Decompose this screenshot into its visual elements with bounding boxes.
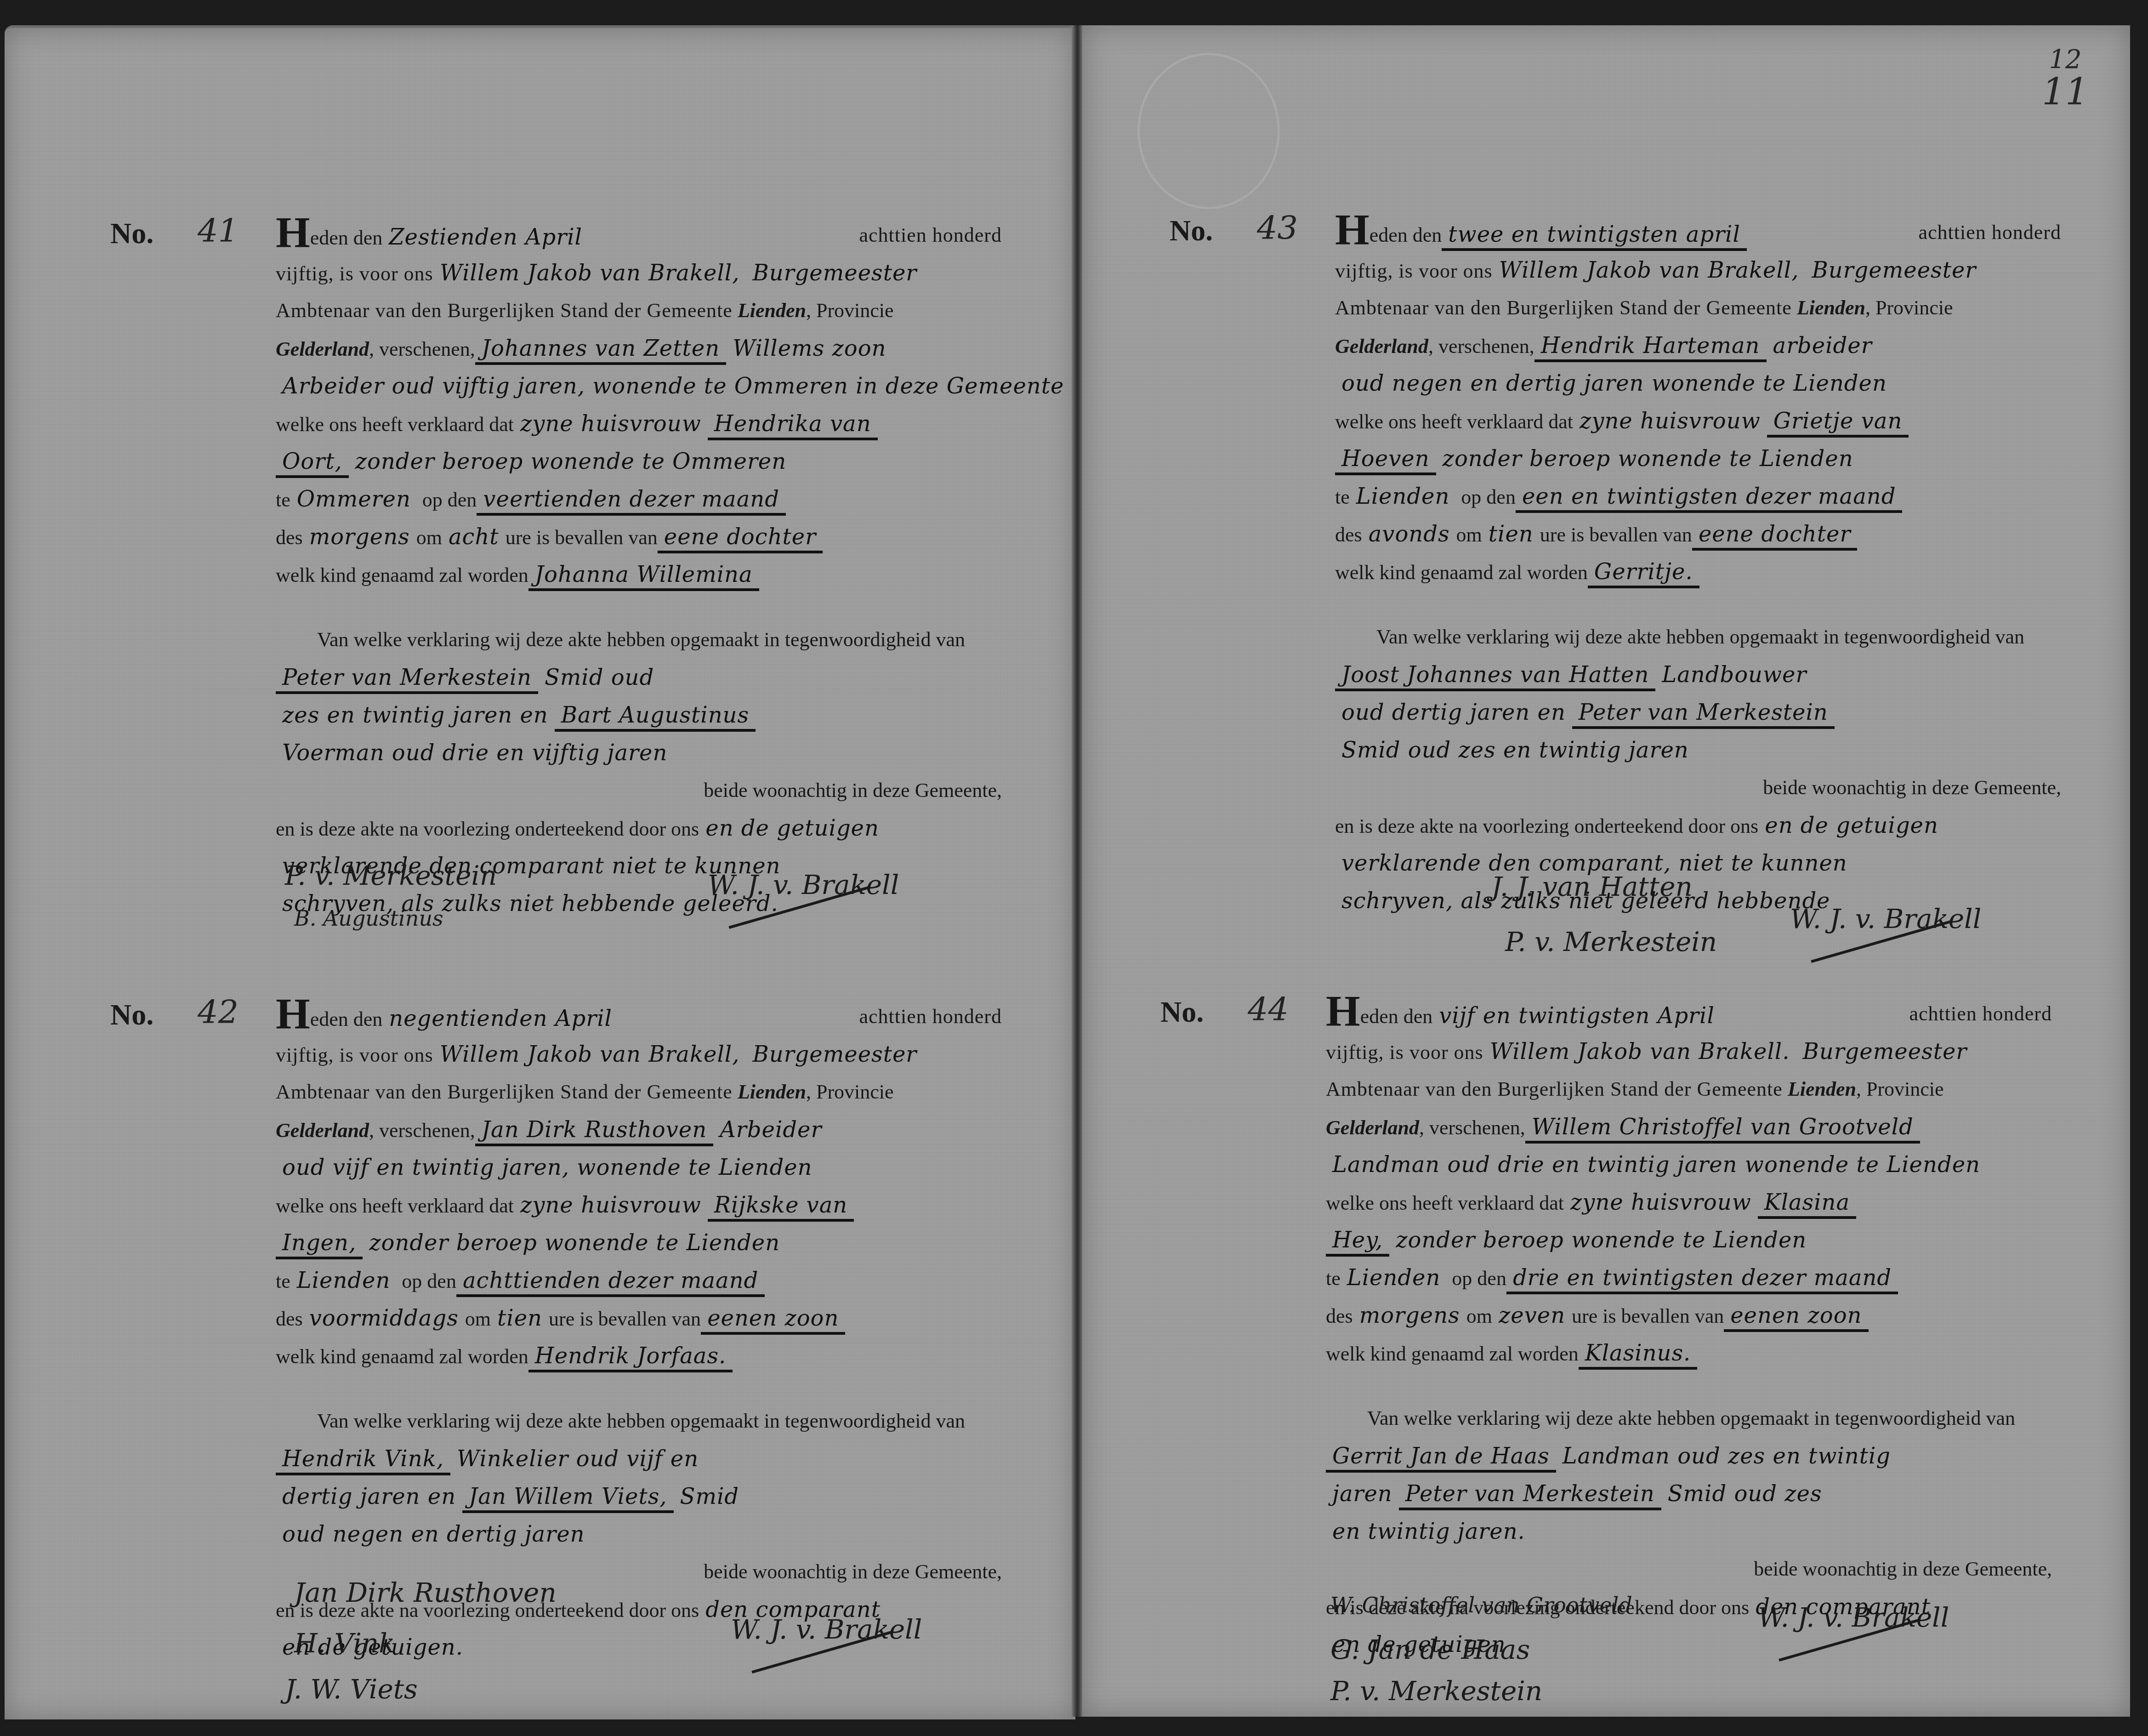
printed-text: ure is bevallen van [1540,524,1692,546]
municipality: Lienden [1788,1078,1856,1100]
handwritten-text: en twintig jaren. [1326,1519,1532,1544]
signature: B. Augustinus [294,906,443,931]
printed-text: Ambtenaar van den Burgerlijken Stand der… [276,1081,733,1103]
printed-text: ure is bevallen van [549,1308,701,1330]
printed-text: op den [1452,1267,1506,1290]
handwritten-mother: Oort, [276,449,349,478]
handwritten-text: Smid oud zes en twintig jaren [1335,737,1695,763]
printed-text: te [1326,1267,1341,1290]
record-text: Heden dentwee en twintigsten aprilachtti… [1335,214,2116,920]
printed-text: , verschenen, [369,1119,475,1142]
printed-text: achttien honderd [1909,995,2052,1033]
handwritten-hour: zeven [1492,1303,1572,1328]
handwritten-text: zyne huisvrouw [514,411,708,437]
printed-text: Van welke verklaring wij deze akte hebbe… [317,1410,965,1432]
printed-text: welk kind genaamd zal worden [276,1345,528,1368]
handwritten-birthdate: een en twintigsten dezer maand [1516,484,1903,513]
province: Gelderland [276,1119,369,1142]
handwritten-declarant: Johannes van Zetten [475,336,726,365]
handwritten-text: arbeider [1767,333,1879,359]
record-text: Heden denZestienden Aprilachttien honder… [276,216,1057,922]
handwritten-text: Smid oud zes [1661,1481,1829,1507]
printed-text: eden den [1369,224,1442,246]
printed-text: , Provincie [806,1081,894,1103]
handwritten-declarant: Willem Christoffel van Grootveld [1525,1114,1920,1144]
printed-text: vijftig, is voor ons [1335,260,1493,282]
record-number-label: No. [1170,214,1213,248]
printed-text: beide woonachtig in deze Gemeente, [1754,1550,2052,1588]
handwritten-birthplace: Ommeren [290,486,417,512]
right-page: 12 11 No. 43 Heden dentwee en twintigste… [1082,25,2130,1717]
printed-text: en is deze akte na voorlezing onderteeke… [1335,815,1758,837]
province: Gelderland [1326,1116,1419,1139]
municipality: Lienden [1797,296,1865,319]
handwritten-birthplace: Lienden [1341,1265,1447,1291]
handwritten-text: zonder beroep wonende te Lienden [363,1230,786,1256]
handwritten-official: Willem Jakob van Brakell, [433,1042,746,1067]
printed-text: achttien honderd [859,216,1002,254]
printed-text: welke ons heeft verklaard dat [276,1195,514,1217]
printed-text: eden den [1360,1005,1433,1028]
register-spread: No. 41 Heden denZestienden Aprilachttien… [5,25,2137,1717]
handwritten-text: zyne huisvrouw [1573,408,1767,434]
printed-text: welke ons heeft verklaard dat [276,413,514,436]
signature-official: W. J. v. Brakell [1790,903,1981,934]
printed-text: beide woonachtig in deze Gemeente, [704,772,1002,809]
handwritten-mother: Hoeven [1335,446,1436,475]
printed-text: des [1335,524,1362,546]
handwritten-text: zonder beroep wonende te Lienden [1389,1227,1813,1253]
handwritten-official: Willem Jakob van Brakell, [433,260,746,286]
handwritten-mother: Klasina [1758,1190,1856,1219]
printed-text: beide woonachtig in deze Gemeente, [704,1553,1002,1591]
handwritten-mother: Rijkske van [708,1192,854,1222]
handwritten-declarant: Jan Dirk Rusthoven [475,1117,713,1146]
printed-text: en is deze akte na voorlezing onderteeke… [276,818,699,840]
handwritten-date: twee en twintigsten april [1442,222,1747,251]
printed-text: achttien honderd [1919,214,2061,251]
record-number: 41 [198,212,239,250]
handwritten-text: en de getuigen [1758,813,1945,838]
birth-record-43: No. 43 Heden dentwee en twintigsten apri… [1170,205,2116,931]
handwritten-text: zes en twintig jaren en [276,702,555,728]
handwritten-text: oud negen en dertig jaren [276,1521,591,1547]
handwritten-witness: Peter van Merkestein [1399,1481,1661,1510]
record-number-label: No. [110,216,153,250]
printed-text: te [1335,486,1350,508]
printed-text: ure is bevallen van [506,526,658,549]
handwritten-witness: Peter van Merkestein [276,665,538,694]
printed-text: Ambtenaar van den Burgerlijken Stand der… [1326,1078,1783,1100]
handwritten-text: en de getuigen [699,815,886,841]
handwritten-text: zonder beroep wonende te Lienden [1436,446,1860,472]
printed-text: eden den [310,227,383,249]
printed-text: achttien honderd [859,998,1002,1036]
printed-text: om [416,526,442,549]
handwritten-witness: Hendrik Vink, [276,1446,450,1475]
printed-text: op den [422,489,477,511]
printed-text: ure is bevallen van [1572,1305,1724,1327]
handwritten-child-name: Johanna Willemina [528,562,759,591]
handwritten-mother: Grietje van [1767,408,1909,438]
drop-cap: H [276,208,310,257]
handwritten-text: Smid oud [538,665,660,690]
handwritten-witness: Peter van Merkestein [1572,700,1835,729]
handwritten-official-title: Burgemeester [1796,1039,1973,1064]
record-number: 43 [1257,209,1298,247]
printed-text: vijftig, is voor ons [276,1044,433,1066]
birth-record-42: No. 42 Heden dennegentienden Aprilachtti… [110,989,1057,1715]
drop-cap: H [276,989,310,1038]
handwritten-date: Zestienden April [382,224,589,250]
handwritten-hour: acht [442,524,506,550]
handwritten-date: vijf en twintigsten April [1432,1003,1721,1029]
printed-text: te [276,489,290,511]
record-number: 44 [1248,990,1289,1028]
municipality: Lienden [738,299,806,322]
printed-text: vijftig, is voor ons [276,262,433,285]
signature: J. W. Viets [285,1673,418,1705]
printed-text: welk kind genaamd zal worden [1335,561,1588,584]
handwritten-official-title: Burgemeester [746,260,923,286]
handwritten-text: Willems zoon [726,336,892,361]
printed-text: , Provincie [806,299,894,322]
printed-text: , Provincie [1856,1078,1944,1100]
printed-text: om [1466,1305,1492,1327]
birth-record-44: No. 44 Heden denvijf en twintigsten Apri… [1160,986,2107,1712]
handwritten-text: oud vijf en twintig jaren, wonende te Li… [276,1155,818,1180]
record-number: 42 [198,993,239,1031]
printed-text: op den [1461,486,1516,508]
printed-text: Van welke verklaring wij deze akte hebbe… [1367,1407,2015,1429]
handwritten-time: avonds [1362,521,1456,547]
record-text: Heden denvijf en twintigsten Aprilachtti… [1326,995,2107,1663]
left-page: No. 41 Heden denZestienden Aprilachttien… [5,25,1075,1719]
folio-number: 12 11 [2042,44,2089,108]
birth-record-41: No. 41 Heden denZestienden Aprilachttien… [110,207,1057,933]
handwritten-birthplace: Lienden [1350,484,1456,509]
handwritten-text: Landbouwer [1655,662,1813,688]
province: Gelderland [276,338,369,360]
handwritten-text: Voerman oud drie en vijftig jaren [276,740,674,766]
printed-text: vijftig, is voor ons [1326,1041,1483,1064]
handwritten-text: Arbeider oud vijftig jaren, wonende te O… [276,373,1070,399]
printed-text: , verschenen, [1419,1116,1525,1139]
folio-number-current: 11 [2042,76,2089,108]
handwritten-text: zyne huisvrouw [514,1192,708,1218]
handwritten-hour: tien [491,1305,549,1331]
drop-cap: H [1326,986,1360,1036]
handwritten-text: zonder beroep wonende te Ommeren [349,449,793,474]
handwritten-official-title: Burgemeester [1805,257,1983,283]
handwritten-time: morgens [1353,1303,1466,1328]
handwritten-child-name: Gerritje. [1588,559,1699,588]
handwritten-mother: Hey, [1326,1227,1389,1257]
handwritten-official-title: Burgemeester [746,1042,923,1067]
handwritten-official: Willem Jakob van Brakell, [1493,257,1806,283]
drop-cap: H [1335,205,1369,254]
handwritten-text: Landman oud zes en twintig [1556,1443,1897,1469]
handwritten-sex: eene dochter [1692,521,1857,551]
handwritten-child-name: Hendrik Jorfaas. [528,1343,733,1372]
handwritten-hour: tien [1482,521,1540,547]
signature: P. v. Merkestein [285,860,497,891]
signature: W. Christoffel van Grootveld [1330,1593,1632,1617]
handwritten-witness: Bart Augustinus [555,702,756,732]
handwritten-sex: eene dochter [658,524,823,553]
handwritten-text: oud dertig jaren en [1335,700,1572,725]
signature: G. Jan de Haas [1330,1634,1530,1665]
printed-text: welke ons heeft verklaard dat [1335,410,1573,433]
signature-official: W. J. v. Brakell [708,869,899,900]
handwritten-birthplace: Lienden [290,1268,397,1293]
printed-text: op den [402,1270,456,1292]
municipality: Lienden [738,1081,806,1103]
handwritten-text: dertig jaren en [276,1484,462,1509]
signature: Jan Dirk Rusthoven [294,1577,557,1608]
handwritten-official: Willem Jakob van Brakell. [1483,1039,1796,1064]
handwritten-text: Winkelier oud vijf en [450,1446,705,1472]
handwritten-text: jaren [1326,1481,1399,1507]
handwritten-witness: Jan Willem Viets, [462,1484,674,1513]
printed-text: om [1456,524,1482,546]
printed-text: welke ons heeft verklaard dat [1326,1192,1564,1214]
handwritten-text: Landman oud drie en twintig jaren wonend… [1326,1152,1987,1178]
handwritten-witness: Joost Johannes van Hatten [1335,662,1655,691]
printed-text: des [276,1308,303,1330]
embossed-seal [1137,53,1280,209]
handwritten-sex: eenen zoon [1724,1303,1868,1332]
handwritten-child-name: Klasinus. [1579,1340,1698,1370]
printed-text: , verschenen, [1428,335,1534,358]
handwritten-mother: Ingen, [276,1230,363,1259]
handwritten-date: negentienden April [382,1006,619,1031]
printed-text: des [1326,1305,1353,1327]
signature: J. J. van Hatten [1491,871,1693,902]
record-text: Heden dennegentienden Aprilachttien hond… [276,998,1057,1666]
handwritten-birthdate: veertienden dezer maand [477,486,786,516]
handwritten-text: Smid [674,1484,745,1509]
printed-text: te [276,1270,290,1292]
signature: H. Vink [294,1628,395,1659]
handwritten-sex: eenen zoon [701,1305,845,1335]
handwritten-time: morgens [303,524,416,550]
signature-official: W. J. v. Brakell [731,1614,922,1645]
signature: P. v. Merkestein [1330,1675,1542,1707]
province: Gelderland [1335,335,1428,358]
handwritten-birthdate: achttienden dezer maand [456,1268,765,1297]
handwritten-declarant: Hendrik Harteman [1534,333,1767,362]
printed-text: welk kind genaamd zal worden [1326,1343,1579,1365]
signature: P. v. Merkestein [1505,926,1717,957]
printed-text: eden den [310,1008,383,1030]
record-number-label: No. [110,998,153,1032]
printed-text: , Provincie [1865,296,1953,319]
printed-text: Van welke verklaring wij deze akte hebbe… [317,628,965,651]
printed-text: Ambtenaar van den Burgerlijken Stand der… [1335,296,1792,319]
printed-text: Van welke verklaring wij deze akte hebbe… [1376,626,2024,648]
handwritten-text: oud negen en dertig jaren wonende te Lie… [1335,370,1893,396]
printed-text: , verschenen, [369,338,475,360]
handwritten-mother: Hendrika van [708,411,878,440]
record-number-label: No. [1160,995,1204,1029]
printed-text: om [465,1308,491,1330]
handwritten-witness: Gerrit Jan de Haas [1326,1443,1556,1473]
printed-text: Ambtenaar van den Burgerlijken Stand der… [276,299,733,322]
signature-official: W. J. v. Brakell [1758,1602,1949,1633]
printed-text: welk kind genaamd zal worden [276,564,528,586]
printed-text: beide woonachtig in deze Gemeente, [1763,769,2061,807]
handwritten-text: Arbeider [713,1117,828,1143]
printed-text: des [276,526,303,549]
handwritten-text: zyne huisvrouw [1564,1190,1758,1215]
handwritten-birthdate: drie en twintigsten dezer maand [1506,1265,1898,1294]
handwritten-time: voormiddags [303,1305,465,1331]
